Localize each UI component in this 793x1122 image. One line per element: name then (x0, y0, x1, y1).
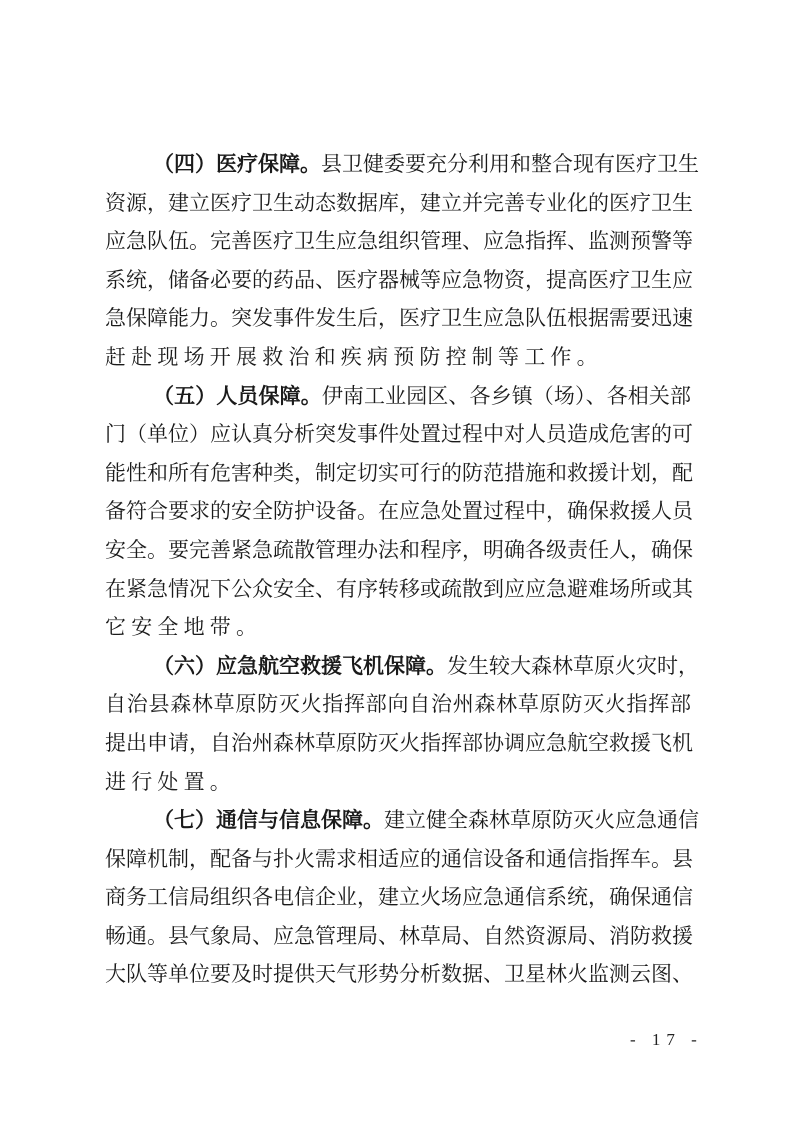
page-number: - 17 - (630, 1030, 703, 1050)
paragraph-line: 自治县森林草原防灭火指挥部向自治州森林草原防灭火指挥部 (105, 685, 691, 724)
paragraph-line: 安全。要完善紧急疏散管理办法和程序，明确各级责任人，确保 (105, 531, 691, 570)
section-heading-personnel: （五）人员保障。 (153, 384, 322, 408)
document-page: （四）医疗保障。县卫健委要充分利用和整合现有医疗卫生 资源，建立医疗卫生动态数据… (0, 0, 793, 1122)
paragraph-line: 进行处置。 (105, 763, 691, 802)
paragraph-line: 门（单位）应认真分析突发事件处置过程中对人员造成危害的可 (105, 415, 691, 454)
paragraph-line: 商务工信局组织各电信企业，建立火场应急通信系统，确保通信 (105, 878, 691, 917)
paragraph-line: 急保障能力。突发事件发生后，医疗卫生应急队伍根据需要迅速 (105, 299, 691, 338)
paragraph-line: 畅通。县气象局、应急管理局、林草局、自然资源局、消防救援 (105, 917, 691, 956)
paragraph-line: 它安全地带。 (105, 608, 691, 647)
paragraph-communication-line-1: （七）通信与信息保障。建立健全森林草原防灭火应急通信 (105, 801, 691, 840)
paragraph-line: 大队等单位要及时提供天气形势分析数据、卫星林火监测云图、 (105, 955, 691, 994)
paragraph-line: 赶赴现场开展救治和疾病预防控制等工作。 (105, 338, 691, 377)
paragraph-line: 备符合要求的安全防护设备。在应急处置过程中，确保救援人员 (105, 492, 691, 531)
paragraph-aviation-line-1: （六）应急航空救援飞机保障。发生较大森林草原火灾时， (105, 647, 691, 686)
paragraph-line: 资源，建立医疗卫生动态数据库，建立并完善专业化的医疗卫生 (105, 184, 691, 223)
section-heading-aviation: （六）应急航空救援飞机保障。 (153, 654, 447, 678)
paragraph-line: 在紧急情况下公众安全、有序转移或疏散到应应急避难场所或其 (105, 570, 691, 609)
section-heading-communication: （七）通信与信息保障。 (153, 808, 384, 832)
paragraph-line: 应急队伍。完善医疗卫生应急组织管理、应急指挥、监测预警等 (105, 222, 691, 261)
section-heading-medical: （四）医疗保障。 (153, 152, 321, 176)
paragraph-medical-line-1: （四）医疗保障。县卫健委要充分利用和整合现有医疗卫生 (105, 145, 691, 184)
document-body: （四）医疗保障。县卫健委要充分利用和整合现有医疗卫生 资源，建立医疗卫生动态数据… (105, 145, 691, 994)
paragraph-line: 能性和所有危害种类，制定切实可行的防范措施和救援计划，配 (105, 454, 691, 493)
paragraph-personnel-line-1: （五）人员保障。伊南工业园区、各乡镇（场）、各相关部 (105, 377, 691, 416)
paragraph-line: 保障机制，配备与扑火需求相适应的通信设备和通信指挥车。县 (105, 840, 691, 879)
paragraph-line: 系统，储备必要的药品、医疗器械等应急物资，提高医疗卫生应 (105, 261, 691, 300)
paragraph-line: 提出申请，自治州森林草原防灭火指挥部协调应急航空救援飞机 (105, 724, 691, 763)
